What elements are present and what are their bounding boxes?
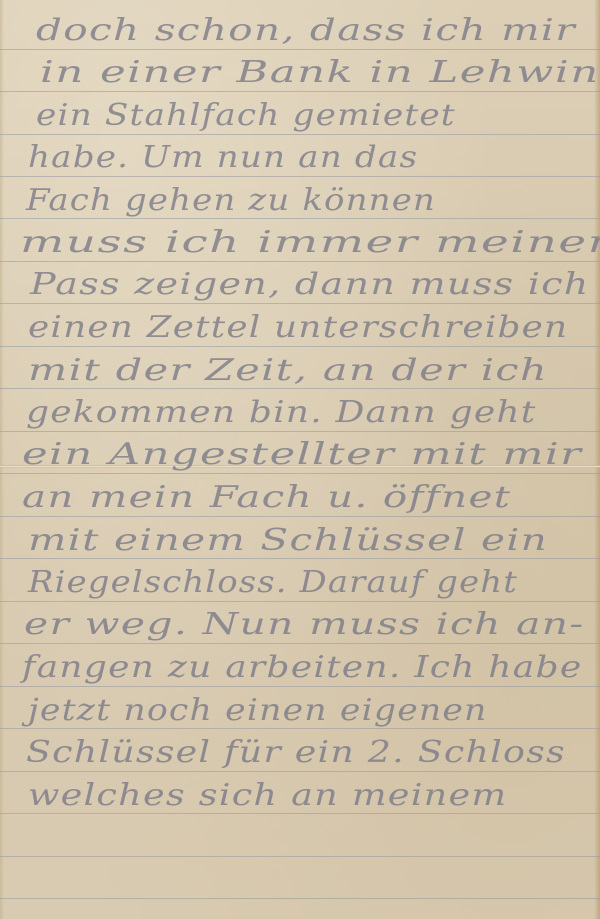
handwritten-line: einen Zettel unterschreiben: [28, 307, 568, 349]
handwritten-line: welches sich an meinem: [28, 775, 507, 817]
handwritten-line: mit der Zeit, an der ich: [28, 350, 548, 392]
handwritten-line: in einer Bank in Lehwin: [40, 52, 600, 94]
ruled-line: [0, 898, 600, 899]
handwritten-line: ein Angestellter mit mir: [22, 434, 582, 476]
handwritten-line: muss ich immer meinen: [20, 222, 600, 264]
handwritten-line: ein Stahlfach gemietet: [36, 95, 456, 137]
handwritten-line: mit einem Schlüssel ein: [28, 520, 548, 562]
paper-left-edge: [0, 0, 4, 919]
handwritten-line: doch schon, dass ich mir: [36, 10, 576, 52]
letter-page: doch schon, dass ich mir in einer Bank i…: [0, 0, 600, 919]
handwritten-line: Pass zeigen, dann muss ich: [30, 264, 590, 306]
handwritten-line: Fach gehen zu können: [26, 180, 436, 222]
handwritten-line: Riegelschloss. Darauf geht: [28, 562, 518, 604]
handwritten-line: habe. Um nun an das: [28, 137, 418, 179]
handwritten-line: fangen zu arbeiten. Ich habe: [22, 647, 582, 689]
handwritten-line: an mein Fach u. öffnet: [22, 477, 511, 519]
handwritten-line: Schlüssel für ein 2. Schloss: [26, 732, 566, 774]
handwritten-line: jetzt noch einen eigenen: [28, 690, 488, 732]
ruled-line: [0, 856, 600, 857]
paper-right-edge-stain: [594, 0, 600, 919]
handwritten-line: gekommen bin. Dann geht: [26, 392, 536, 434]
handwritten-line: er weg. Nun muss ich an-: [24, 604, 585, 646]
